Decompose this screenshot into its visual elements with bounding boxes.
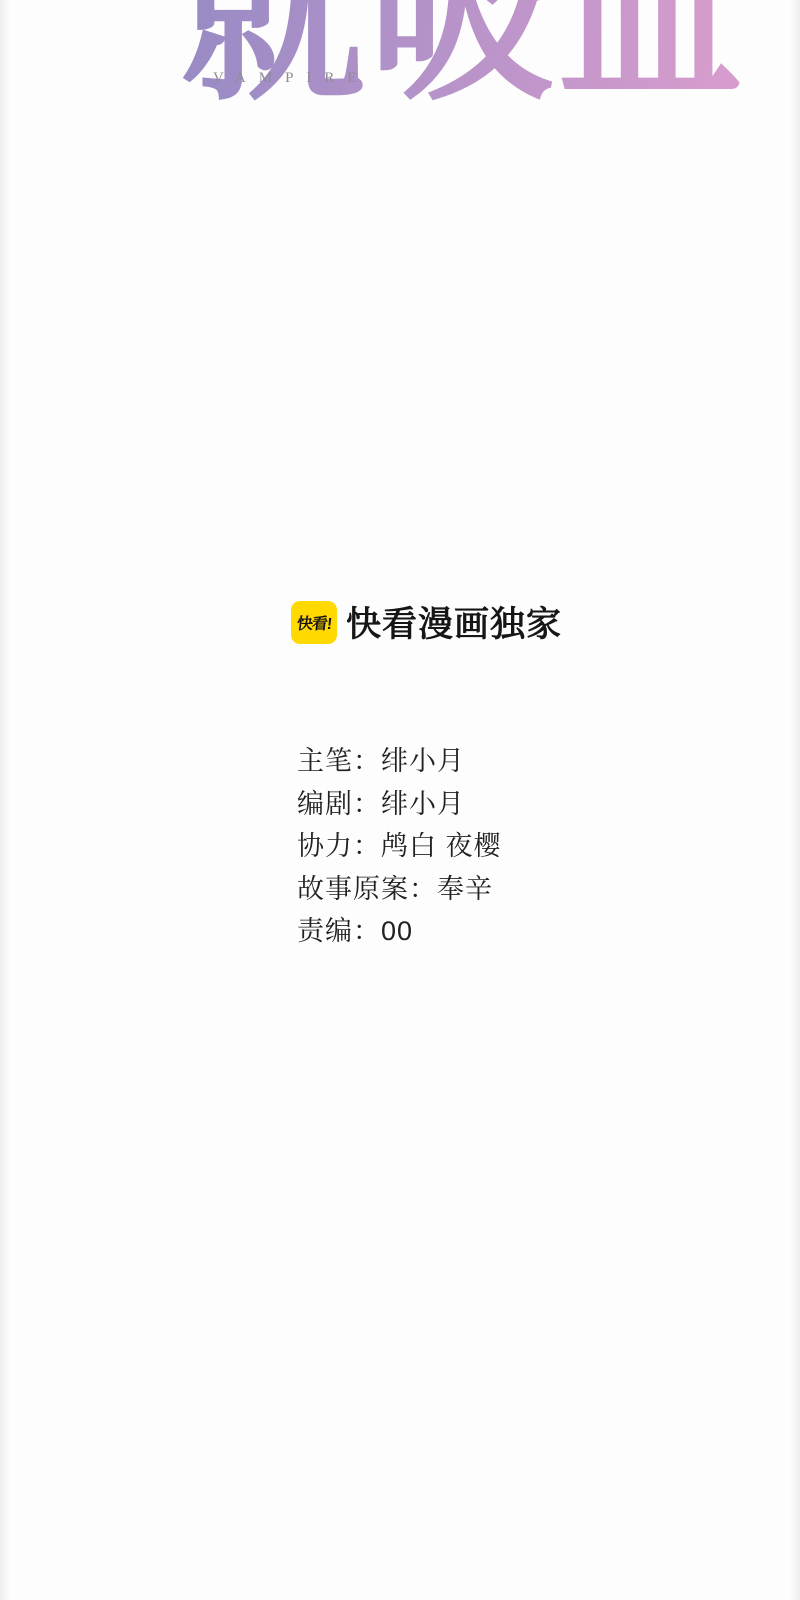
title-subtitle: VAMPIRE <box>213 70 370 87</box>
kuaikan-logo-text: 快看! <box>296 611 333 634</box>
credit-line-artist: 主笔：绯小月 <box>297 740 502 783</box>
comic-credits-page: 就吸血 VAMPIRE 快看! 快看漫画独家 主笔：绯小月 编剧：绯小月 协力：… <box>0 0 800 1600</box>
credit-line-editor: 责编：00 <box>297 910 502 953</box>
kuaikan-logo-icon: 快看! <box>291 601 337 644</box>
publisher-row: 快看! 快看漫画独家 <box>291 597 562 647</box>
credits-block: 主笔：绯小月 编剧：绯小月 协力：鸬白 夜樱 故事原案：奉辛 责编：00 <box>297 740 502 953</box>
page-right-edge <box>790 0 800 1600</box>
credit-line-assistants: 协力：鸬白 夜樱 <box>297 825 502 868</box>
title-artwork: 就吸血 <box>0 0 800 118</box>
title-text: 就吸血 <box>180 0 747 113</box>
credit-line-original-story: 故事原案：奉辛 <box>297 868 502 911</box>
publisher-name: 快看漫画独家 <box>346 597 562 647</box>
credit-line-writer: 编剧：绯小月 <box>297 783 502 826</box>
page-left-edge <box>0 0 10 1600</box>
